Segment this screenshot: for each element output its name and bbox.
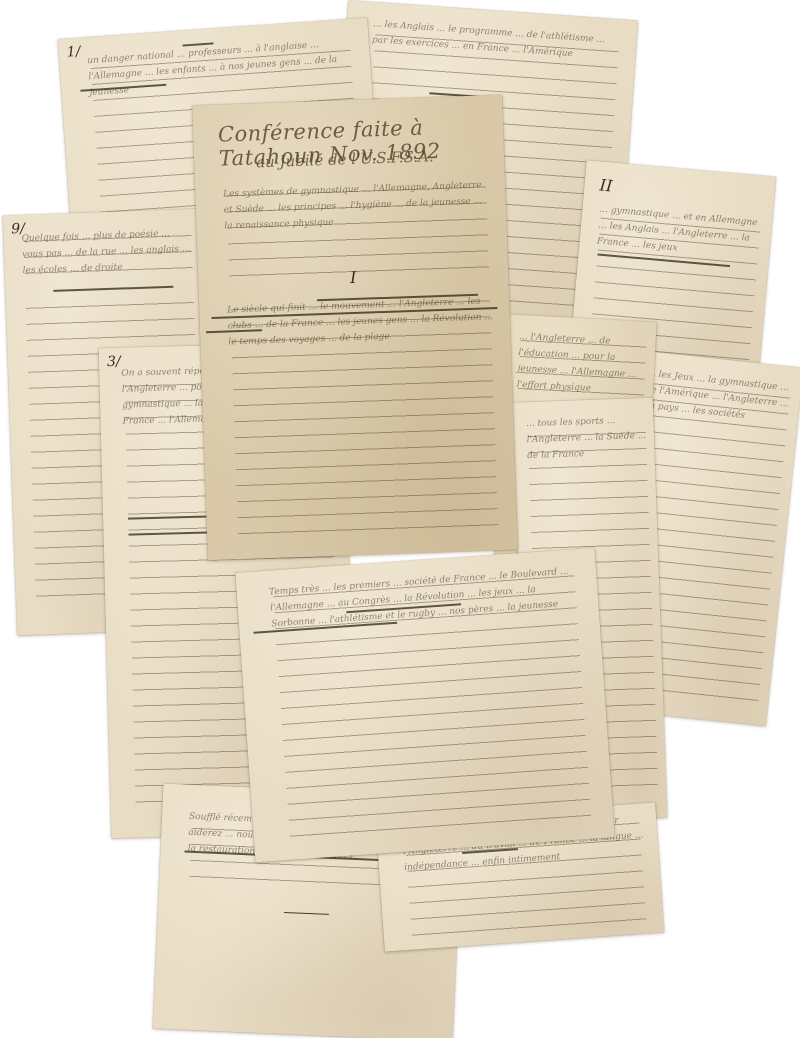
body-text: Le siècle qui finit ... le mouvement ...… — [227, 293, 495, 350]
intro-text: Les systèmes de gymnastique ... l'Allema… — [223, 177, 491, 234]
manuscript-page-center-lower: Temps très ... les premiers ... société … — [235, 548, 614, 862]
page-number: 3/ — [107, 354, 121, 370]
page-text: Quelque fois ... plus de poésie ... vous… — [21, 225, 195, 279]
strike-through — [53, 286, 173, 292]
closing-rule — [284, 912, 329, 915]
page-text: ... l'Angleterre ... de l'éducation ... … — [516, 329, 648, 400]
page-text: ... tous les sports ... l'Angleterre ...… — [526, 412, 648, 464]
page-number: 1/ — [66, 44, 81, 61]
manuscript-photo: ... les Anglais ... le programme ... de … — [0, 0, 800, 1038]
manuscript-page-cover: Conférence faite à Tatahoun Nov. 1892 au… — [192, 95, 518, 561]
